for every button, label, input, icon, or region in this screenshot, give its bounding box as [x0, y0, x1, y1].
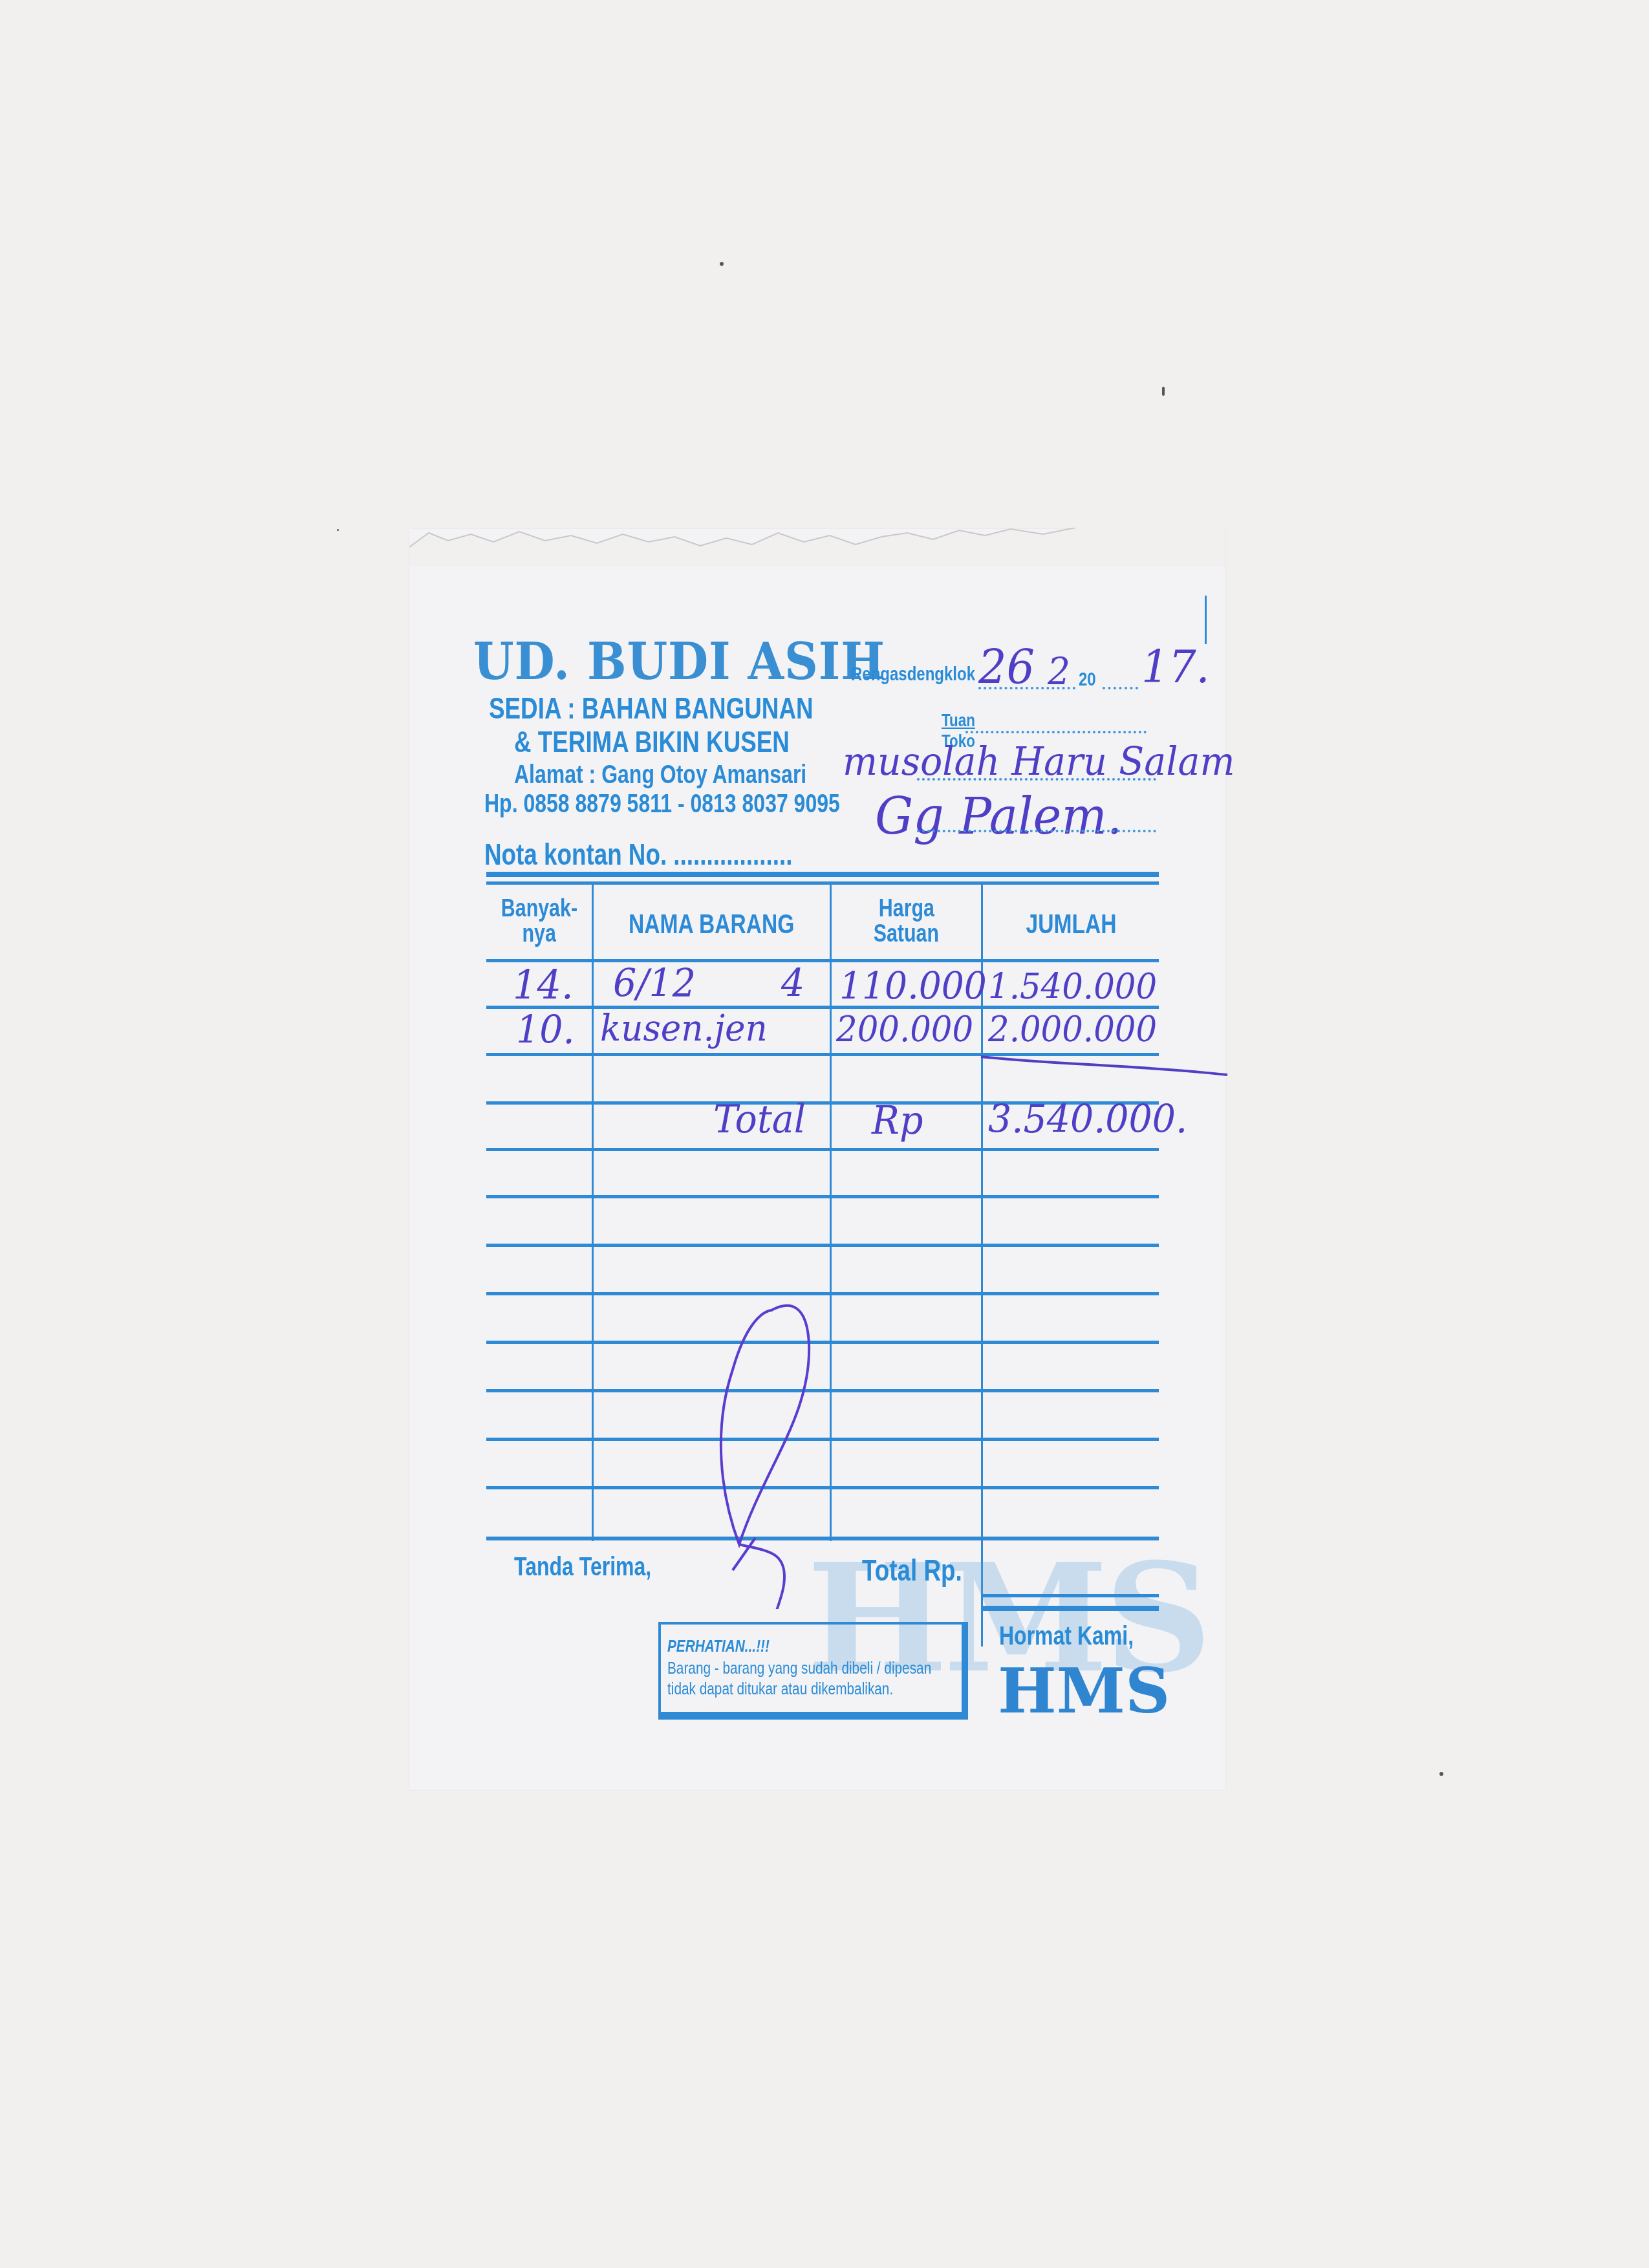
row-1-item: 6/12: [613, 961, 696, 1006]
hormat-kami-label: Hormat Kami,: [999, 1622, 1134, 1651]
customer-line-2: Gg Palem.: [875, 788, 1122, 846]
store-name: UD. BUDI ASIH: [473, 632, 885, 691]
dust-speck: [1439, 1772, 1443, 1776]
sum-underline-stroke: [978, 1052, 1237, 1077]
notice-line-2: tidak dapat ditukar atau dikembalikan.: [667, 1679, 893, 1699]
date-month: 2: [1048, 649, 1070, 693]
dust-speck: [720, 262, 724, 266]
torn-edge: [409, 528, 1225, 567]
store-line-1: SEDIA : BAHAN BANGUNAN: [489, 691, 814, 726]
row-1-item-note: 4: [781, 961, 804, 1006]
date-year-prefix: 20: [1079, 669, 1096, 691]
header-nama-barang: NAMA BARANG: [594, 911, 830, 938]
store-line-2: & TERIMA BIKIN KUSEN: [514, 724, 790, 759]
margin-mark: [1205, 596, 1207, 644]
row-2-amount: 2.000.000: [988, 1009, 1157, 1050]
header-banyaknya-1: Banyak-: [501, 896, 577, 922]
total-box-bottom: [981, 1594, 1159, 1597]
row-2-price: 200.000: [836, 1009, 973, 1050]
notice-box: PERHATIAN...!!! Barang - barang yang sud…: [658, 1622, 968, 1720]
notice-line-1: Barang - barang yang sudah dibeli / dipe…: [667, 1658, 931, 1678]
customer-line-1-dots: [917, 778, 1156, 781]
tanda-terima-label: Tanda Terima,: [514, 1553, 651, 1582]
place-label: Rengasdengklok: [851, 664, 975, 686]
row-1-amount: 1.540.000: [988, 966, 1157, 1007]
col-divider-1: [592, 883, 594, 1541]
header-jumlah: JUMLAH: [983, 911, 1159, 938]
tuan-line: [965, 731, 1147, 733]
header-banyaknya-2: nya: [522, 922, 555, 947]
store-address: Alamat : Gang Otoy Amansari: [514, 761, 806, 790]
row-line: [486, 1148, 1159, 1151]
date-year: 17.: [1141, 640, 1210, 693]
row-line: [486, 959, 1159, 962]
row-line: [486, 1292, 1159, 1295]
total-box-underline: [981, 1606, 1159, 1611]
header-banyaknya: Banyak- nya: [486, 896, 592, 947]
receipt-paper: UD. BUDI ASIH SEDIA : BAHAN BANGUNAN & T…: [409, 529, 1225, 1790]
signature: [694, 1299, 836, 1609]
total-currency: Rp: [872, 1098, 923, 1143]
row-1-price: 110.000: [839, 964, 987, 1008]
notice-title: PERHATIAN...!!!: [667, 1636, 770, 1656]
table-top-rule-thick: [486, 872, 1159, 877]
row-2-item: kusen.jen: [600, 1008, 768, 1050]
total-amount: 3.540.000.: [988, 1097, 1187, 1142]
dust-speck: [1162, 387, 1165, 396]
store-phone: Hp. 0858 8879 5811 - 0813 8037 9095: [484, 790, 840, 819]
row-2-qty: 10.: [516, 1008, 575, 1053]
date-day: 26: [978, 640, 1035, 695]
total-label: Total: [713, 1097, 806, 1142]
date-year-line: [1103, 687, 1138, 689]
customer-line-2-dots: [917, 830, 1156, 832]
hms-signature-brand: HMS: [998, 1654, 1170, 1727]
nota-number-label: Nota kontan No. ..................: [484, 837, 792, 872]
row-1-qty: 14.: [513, 961, 574, 1008]
row-line: [486, 1244, 1159, 1247]
tuan-label: Tuan: [942, 710, 975, 731]
table-top-rule: [486, 881, 1159, 885]
row-line: [486, 1195, 1159, 1198]
header-harga-satuan: Harga Satuan: [832, 896, 981, 947]
dust-speck: [337, 529, 339, 531]
total-rp-label: Total Rp.: [862, 1553, 962, 1588]
